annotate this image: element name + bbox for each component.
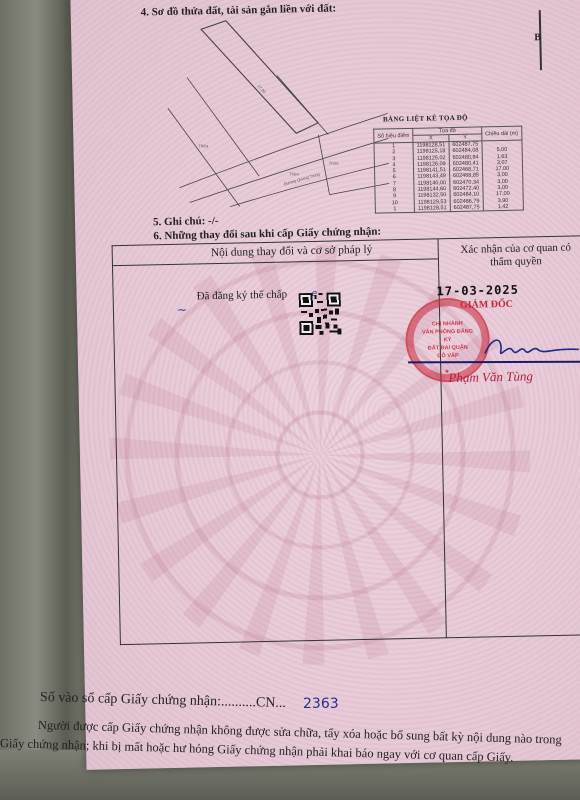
col-point: Số hiệu điểm: [374, 128, 413, 143]
north-label: B: [534, 32, 541, 43]
qr-code: [299, 292, 342, 335]
handwritten-mark: ~: [177, 303, 187, 317]
certificate-page: 4. Sơ đồ thửa đất, tài sản gắn liền với …: [70, 0, 580, 770]
coordinate-table-title: BẢNG LIỆT KÊ TỌA ĐỘ: [383, 114, 468, 124]
svg-text:Thửa: Thửa: [198, 143, 208, 148]
svg-text:Thửa: Thửa: [329, 160, 339, 165]
section5-heading: 5. Ghi chú: -/-: [153, 215, 219, 228]
coordinate-table: Số hiệu điểm Tọa độ Chiều dài (m) X Y 11…: [373, 126, 524, 214]
entry-content: Đã đăng ký thế chấp: [197, 289, 288, 303]
signer-name: Phạm Văn Tùng: [448, 368, 533, 386]
signature: [482, 329, 580, 361]
registry-number: 2363: [303, 696, 339, 712]
col-header-confirm: Xác nhận của cơ quan có thẩm quyền: [456, 241, 577, 270]
svg-text:Thửa: Thửa: [289, 171, 299, 176]
confirmation-date: 17-03-2025: [436, 283, 519, 299]
col-length: Chiều dài (m): [481, 126, 521, 141]
svg-text:17,00: 17,00: [257, 83, 268, 94]
parcel-sketch: 17,00 Đường Quang Trung Thửa Thửa Thửa: [166, 13, 390, 208]
seal-text: CHI NHÁNH VĂN PHÒNG ĐĂNG KÝ ĐẤT ĐAI QUẬN…: [417, 320, 478, 361]
